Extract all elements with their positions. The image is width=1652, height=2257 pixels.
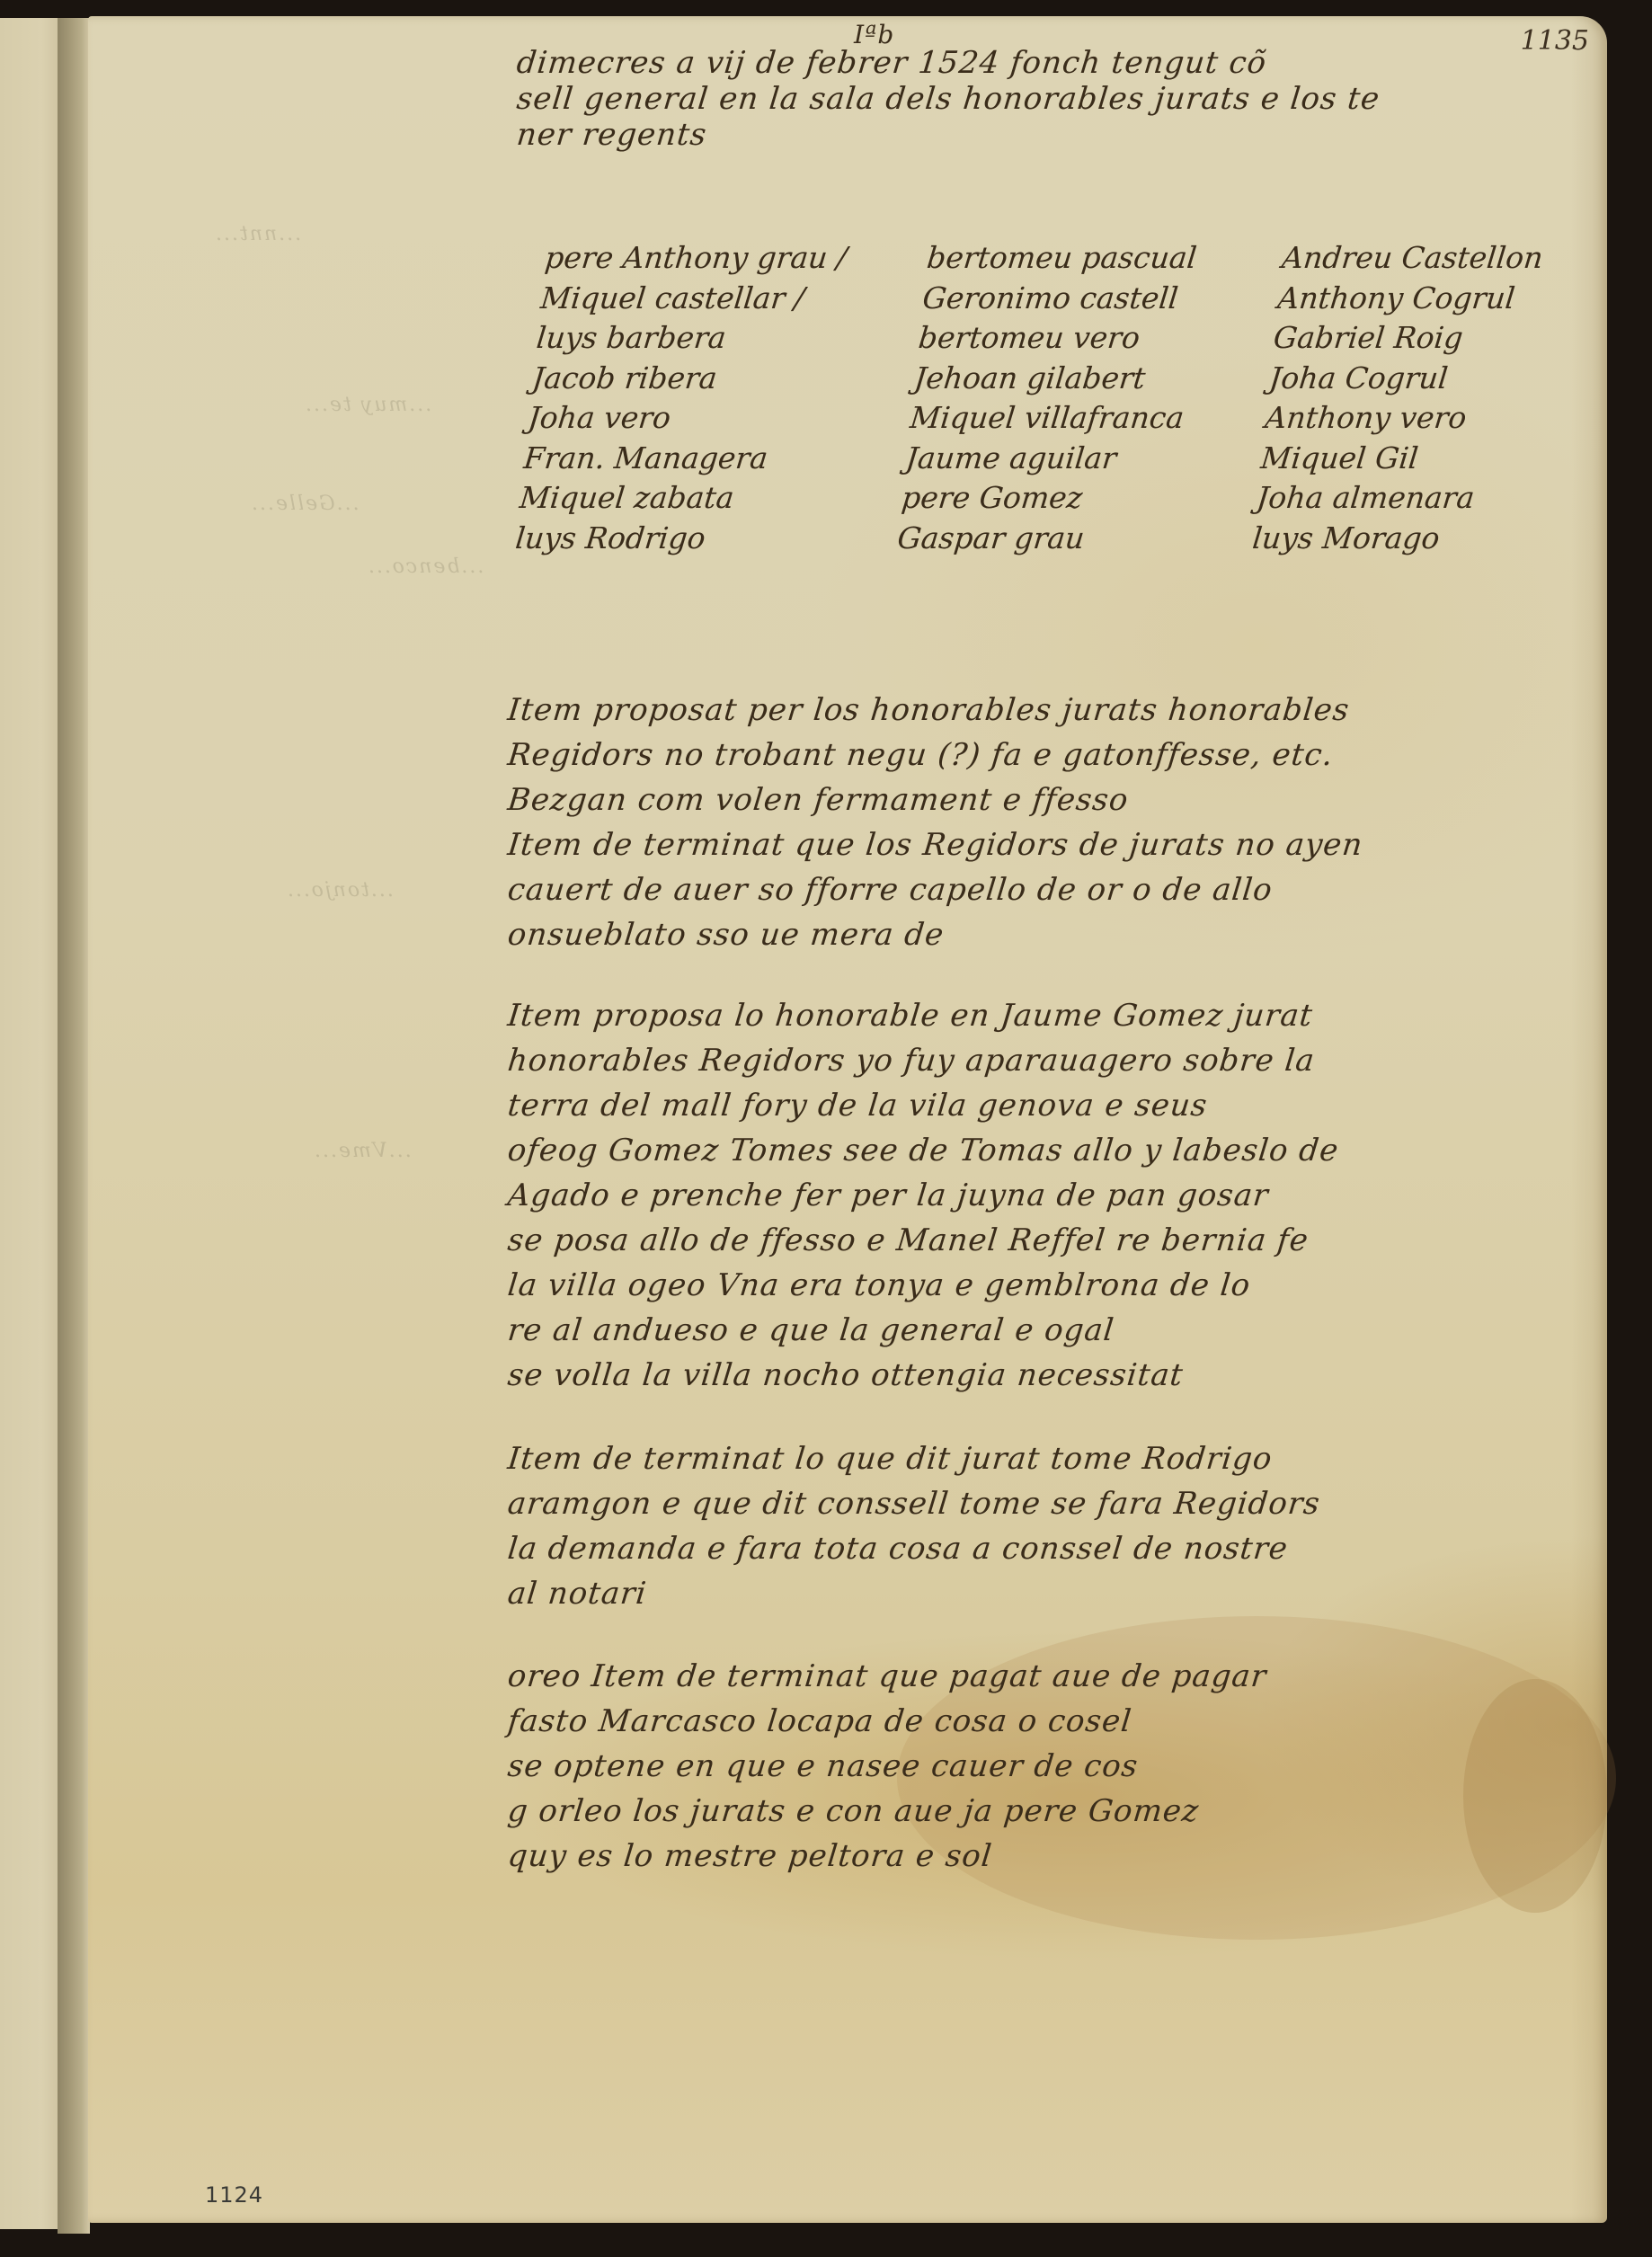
paragraph-line: Bezgan com volen fermament e ffesso <box>505 778 1352 822</box>
bleed-through-text: ...tonjo... <box>286 879 394 902</box>
manuscript-scan: ...nnt... ...muy te... ...Gelle... ...be… <box>0 0 1652 2257</box>
bleed-through-text: ...Gelle... <box>250 493 360 515</box>
attendee-name: Jehoan gilabert <box>912 359 1190 399</box>
entry-header: dimecres a vij de febrer 1524 fonch teng… <box>517 45 1380 153</box>
bleed-through-text: ...benco... <box>367 555 484 578</box>
paragraph-line: Agado e prenche fer per la juyna de pan … <box>505 1173 1341 1218</box>
resolution-paragraph-3: Item proposa lo honorable en Jaume Gomez… <box>508 993 1338 1398</box>
resolution-paragraph-4: Item de terminat lo que dit jurat tome R… <box>508 1436 1320 1616</box>
paragraph-line: Item de terminat que los Regidors de jur… <box>505 822 1365 867</box>
paragraph-line: se posa allo de ffesso e Manel Reffel re… <box>505 1218 1341 1263</box>
attendee-name: Miquel zabata <box>518 478 823 519</box>
bleed-through-text: ...Vme... <box>313 1140 412 1162</box>
attendee-name: bertomeu vero <box>917 318 1195 359</box>
folio-number: 1135 <box>1521 25 1589 57</box>
attendee-name: Andreu Castellon <box>1280 238 1545 279</box>
attendee-name: Jaume aguilar <box>904 439 1182 479</box>
attendee-name: Joha Cogrul <box>1267 359 1532 399</box>
paragraph-line: Item proposa lo honorable en Jaume Gomez… <box>505 993 1341 1038</box>
attendee-name: Gaspar grau <box>895 519 1173 559</box>
attendee-name: luys barbera <box>535 318 840 359</box>
facing-page-edge <box>0 18 59 2229</box>
header-line: sell general en la sala dels honorables … <box>515 81 1381 117</box>
attendee-name: Anthony vero <box>1263 398 1528 439</box>
attendee-name: Joha vero <box>526 398 831 439</box>
paragraph-line: Regidors no trobant negu (?) fa e gatonf… <box>505 733 1352 778</box>
attendee-name: Miquel castellar / <box>538 279 844 319</box>
attendee-name: Miquel Gil <box>1259 439 1524 479</box>
edge-stain <box>1463 1679 1607 1913</box>
attendance-column-3: Andreu Castellon Anthony Cogrul Gabriel … <box>1250 238 1545 558</box>
attendee-name: luys Morago <box>1250 519 1515 559</box>
paragraph-line: al notari <box>505 1571 1322 1616</box>
paragraph-line: re al andueso e que la general e ogal <box>505 1308 1341 1353</box>
binding-gutter <box>58 18 90 2234</box>
paragraph-line: g orleo los jurats e con aue ja pere Gom… <box>505 1789 1268 1834</box>
paragraph-line: cauert de auer so fforre capello de or o… <box>505 867 1365 912</box>
paragraph-line: fasto Marcasco locapa de cosa o cosel <box>505 1699 1268 1744</box>
paragraph-line: aramgon e que dit conssell tome se fara … <box>505 1481 1322 1526</box>
attendee-name: bertomeu pascual <box>925 238 1203 279</box>
paragraph-line: Item de terminat lo que dit jurat tome R… <box>505 1436 1322 1481</box>
bleed-through-text: ...nnt... <box>214 223 301 245</box>
attendee-name: Miquel villafranca <box>908 398 1186 439</box>
attendee-name: Gabriel Roig <box>1272 318 1537 359</box>
resolution-paragraph-2: Item de terminat que los Regidors de jur… <box>508 822 1363 957</box>
attendee-name: Anthony Cogrul <box>1275 279 1541 319</box>
attendee-name: pere Anthony grau / <box>543 238 848 279</box>
attendance-column-2: bertomeu pascual Geronimo castell bertom… <box>895 238 1203 558</box>
attendee-name: luys Rodrigo <box>513 519 819 559</box>
paragraph-line: honorables Regidors yo fuy aparauagero s… <box>505 1038 1341 1083</box>
bleed-through-text: ...muy te... <box>304 394 431 416</box>
paragraph-line: se volla la villa nocho ottengia necessi… <box>505 1353 1341 1398</box>
paragraph-line: quy es lo mestre peltora e sol <box>505 1834 1268 1879</box>
paragraph-line: ofeog Gomez Tomes see de Tomas allo y la… <box>505 1128 1341 1173</box>
attendee-name: Fran. Managera <box>522 439 828 479</box>
attendee-name: Jacob ribera <box>530 359 836 399</box>
resolution-paragraph-5: oreo Item de terminat que pagat aue de p… <box>508 1654 1266 1879</box>
paragraph-line: se optene en que e nasee cauer de cos <box>505 1744 1268 1789</box>
attendee-name: pere Gomez <box>900 478 1177 519</box>
paragraph-line: Item proposat per los honorables jurats … <box>505 688 1352 733</box>
paragraph-line: la villa ogeo Vna era tonya e gemblrona … <box>505 1263 1341 1308</box>
archive-page-number: 1124 <box>205 2182 263 2208</box>
paragraph-line: oreo Item de terminat que pagat aue de p… <box>505 1654 1268 1699</box>
attendee-name: Geronimo castell <box>920 279 1198 319</box>
attendance-column-1: pere Anthony grau / Miquel castellar / l… <box>513 238 848 558</box>
header-line: dimecres a vij de febrer 1524 fonch teng… <box>515 45 1381 81</box>
paragraph-line: onsueblato sso ue mera de <box>505 912 1365 957</box>
paragraph-line: terra del mall fory de la vila genova e … <box>505 1083 1341 1128</box>
paragraph-line: la demanda e fara tota cosa a conssel de… <box>505 1526 1322 1571</box>
resolution-paragraph-1: Item proposat per los honorables jurats … <box>508 688 1349 822</box>
attendee-name: Joha almenara <box>1255 478 1520 519</box>
header-line: ner regents <box>515 117 1381 153</box>
